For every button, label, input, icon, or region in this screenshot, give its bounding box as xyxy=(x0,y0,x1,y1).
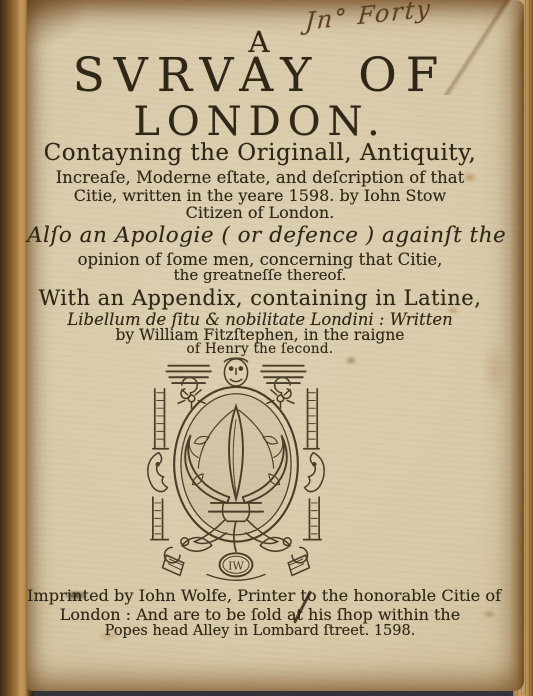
appendix-line-1: With an Appendix, containing in Latine, xyxy=(27,286,493,310)
contents-line-2: Increaſe, Moderne eſtate, and deſcriptio… xyxy=(27,168,493,187)
printer-device-woodcut: IW xyxy=(139,356,333,588)
printer-monogram: IW xyxy=(220,553,253,576)
contents-line-4: Citizen of London. xyxy=(27,203,493,222)
title-line-london: LONDON. xyxy=(27,99,493,145)
ink-smudge xyxy=(63,590,89,601)
title-line-survay: SVRVAY OF xyxy=(27,48,493,103)
imprint-line-2: London : And are to be ſold at his ſhop … xyxy=(27,605,493,624)
book-photo: Jn° Forty A SVRVAY OF LONDON. Contayning… xyxy=(0,0,533,696)
title-page: Jn° Forty A SVRVAY OF LONDON. Contayning… xyxy=(27,0,524,691)
apologie-line-3: the greatneſſe thereof. xyxy=(27,266,493,284)
contents-line-1: Contayning the Originall, Antiquity, xyxy=(27,140,493,166)
page-curl xyxy=(510,0,524,691)
apologie-line-1: Alſo an Apologie ( or defence ) againſt … xyxy=(27,223,493,248)
foxing-stain xyxy=(345,356,357,365)
woodcut-oval-frame xyxy=(174,387,298,542)
imprint-line-1: Imprinted by Iohn Wolfe, Printer to the … xyxy=(27,586,493,605)
appendix-line-4: of Henry the ſecond. xyxy=(27,341,493,357)
monogram-text: IW xyxy=(228,560,244,573)
imprint-line-3: Popes head Alley in Lombard ſtreet. 1598… xyxy=(27,623,493,639)
